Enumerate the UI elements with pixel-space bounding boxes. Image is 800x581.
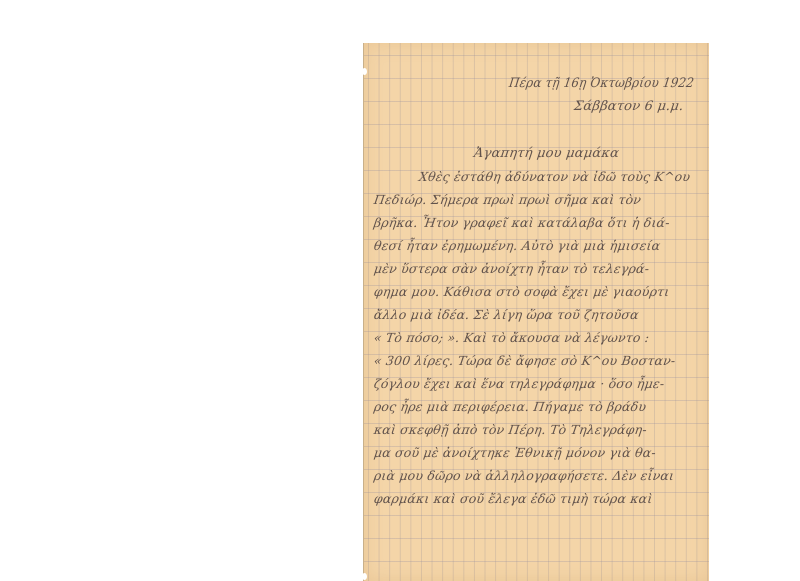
body-line: « 300 λίρες. Τώρα δὲ ἄφησε σὸ Κ^ου Βοστα… (373, 353, 677, 368)
body-line: θεσί ἦταν ἐρημωμένη. Αὐτὸ γιὰ μιὰ ἡμισεί… (373, 238, 661, 253)
body-line: καὶ σκεφθῇ ἀπὸ τὸν Πέρη. Τὸ Τηλεγράφη- (373, 422, 648, 437)
body-line: Πεδιώρ. Σήμερα πρωὶ πρωὶ σῆμα καὶ τὸν (373, 192, 642, 207)
body-line: βρῆκα. Ἦτον γραφεῖ καὶ κατάλαβα ὅτι ἡ δι… (373, 215, 671, 230)
body-line: ριὰ μου δῶρο νὰ ἀλληλογραφήσετε. Δὲν εἶν… (373, 468, 675, 483)
body-line: ρος ἦρε μιὰ περιφέρεια. Πήγαμε τὸ βράδυ (373, 399, 647, 414)
greeting: Ἀγαπητή μου μαμάκα (473, 146, 620, 161)
body-line: ζόγλου ἔχει καὶ ἕνα τηλεγράφημα · ὅσο ἦμ… (373, 376, 666, 391)
punch-hole (362, 573, 367, 580)
date-line: Πέρα τῇ 16ῃ Ὀκτωβρίου 1922 (508, 76, 695, 91)
punch-hole (362, 68, 367, 75)
body-line: φημα μου. Κάθισα στὸ σοφὰ ἔχει μὲ γιαούρ… (373, 284, 671, 299)
body-line: μὲν ὕστερα σὰν ἀνοίχτη ἦταν τὸ τελεγρά- (373, 261, 650, 276)
body-line: Χθὲς ἐστάθη ἀδύνατον νὰ ἰδῶ τοὺς Κ^ου (418, 169, 691, 184)
body-line: μα σοῦ μὲ ἀνοίχτηκε Ἐθνικῇ μόνον γιὰ θα- (373, 445, 657, 460)
letter-page: Πέρα τῇ 16ῃ Ὀκτωβρίου 1922 Σάββατον 6 μ.… (363, 43, 709, 581)
body-line: φαρμάκι καὶ σοῦ ἔλεγα ἐδῶ τιμὴ τώρα καὶ (373, 491, 654, 506)
body-line: ἄλλο μιὰ ἰδέα. Σὲ λίγη ὥρα τοῦ ζητοῦσα (373, 307, 640, 322)
body-line: « Τὸ πόσο; ». Καὶ τὸ ἄκουσα νὰ λέγωντο : (373, 330, 650, 345)
time-line: Σάββατον 6 μ.μ. (573, 99, 685, 114)
